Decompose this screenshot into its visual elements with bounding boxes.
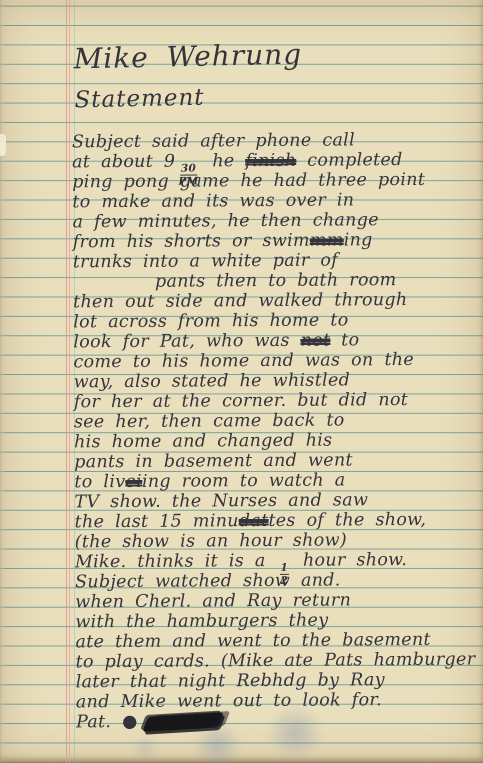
handwritten-line: ping pong game he had three point	[58, 170, 474, 193]
struck-out-text: not	[301, 331, 331, 351]
text-run: tes of the show,	[268, 510, 426, 531]
text-run: ate them and went to the basement	[75, 630, 430, 652]
handwritten-line: the last 15 minudattes of the show,	[61, 510, 477, 533]
text-run: Pat. ●	[76, 712, 138, 732]
document-type-label: Statement	[74, 83, 303, 114]
text-run: to	[330, 330, 359, 350]
text-run: with the hamburgers they	[75, 611, 328, 633]
ink-smudge	[130, 738, 160, 760]
text-run: to liv	[74, 472, 125, 492]
text-run: to play cards. (Mike ate Pats hamburger	[76, 650, 476, 673]
struck-out-text: mm	[310, 230, 344, 250]
text-run: he	[201, 151, 245, 171]
text-run: completed	[296, 150, 402, 171]
struck-out-text: dat	[239, 511, 269, 531]
text-run: look for Pat, who was	[73, 331, 300, 353]
text-run: way, also stated he whistled	[74, 370, 351, 392]
ink-blot	[142, 712, 223, 731]
text-run: trunks into a white pair of	[73, 251, 338, 273]
text-run: ping pong game he had three point	[72, 170, 425, 192]
text-run: pants then to bath room	[155, 270, 397, 292]
handwritten-line: to play cards. (Mike ate Pats hamburger	[62, 650, 478, 673]
text-run: Subject said after phone call	[72, 130, 355, 152]
page-edge-notch	[0, 134, 6, 156]
text-run: later that night Rebhdg by Ray	[76, 670, 385, 692]
text-run: when Cherl. and Ray return	[75, 590, 351, 612]
text-run: a few minutes, he then change	[72, 210, 378, 232]
text-run: ing room to watch a	[142, 470, 346, 491]
handwritten-line: Pat. ●	[62, 710, 478, 733]
text-run: to make and its was over in	[72, 190, 354, 212]
text-run: hour show.	[292, 550, 407, 571]
text-run: ing	[344, 230, 373, 250]
text-run: see her, then came back to	[74, 410, 345, 432]
struck-out-text: ei	[125, 472, 142, 492]
notebook-page: Mike Wehrung Statement Subject said afte…	[0, 0, 483, 763]
text-run: Mike. thinks it is a	[75, 551, 277, 572]
author-name: Mike Wehrung	[73, 38, 302, 76]
statement-header: Mike Wehrung Statement	[73, 38, 303, 114]
text-run: from his shorts or swim	[73, 231, 310, 253]
text-run: (the show is an hour show)	[75, 530, 347, 552]
text-run: for her at the corner. but did not	[74, 390, 408, 412]
text-run: TV show. the Nurses and saw	[74, 490, 368, 512]
text-run: pants in basement and went	[74, 450, 353, 472]
statement-body: Subject said after phone callat about 93…	[58, 130, 478, 733]
text-run: lot across from his home to	[73, 310, 348, 332]
text-run: at about 9	[72, 152, 175, 173]
handwritten-line: come to his home and was on the	[59, 350, 475, 373]
struck-out-text: finish	[245, 151, 296, 171]
text-run: and Mike went out to look for.	[76, 690, 382, 712]
text-run: Subject watched show and.	[75, 570, 341, 592]
text-run: then out side and walked through	[73, 290, 407, 312]
text-run: his home and changed his	[74, 431, 332, 453]
text-run: the last 15 minu	[75, 511, 239, 532]
text-run: come to his home and was on the	[73, 350, 414, 372]
